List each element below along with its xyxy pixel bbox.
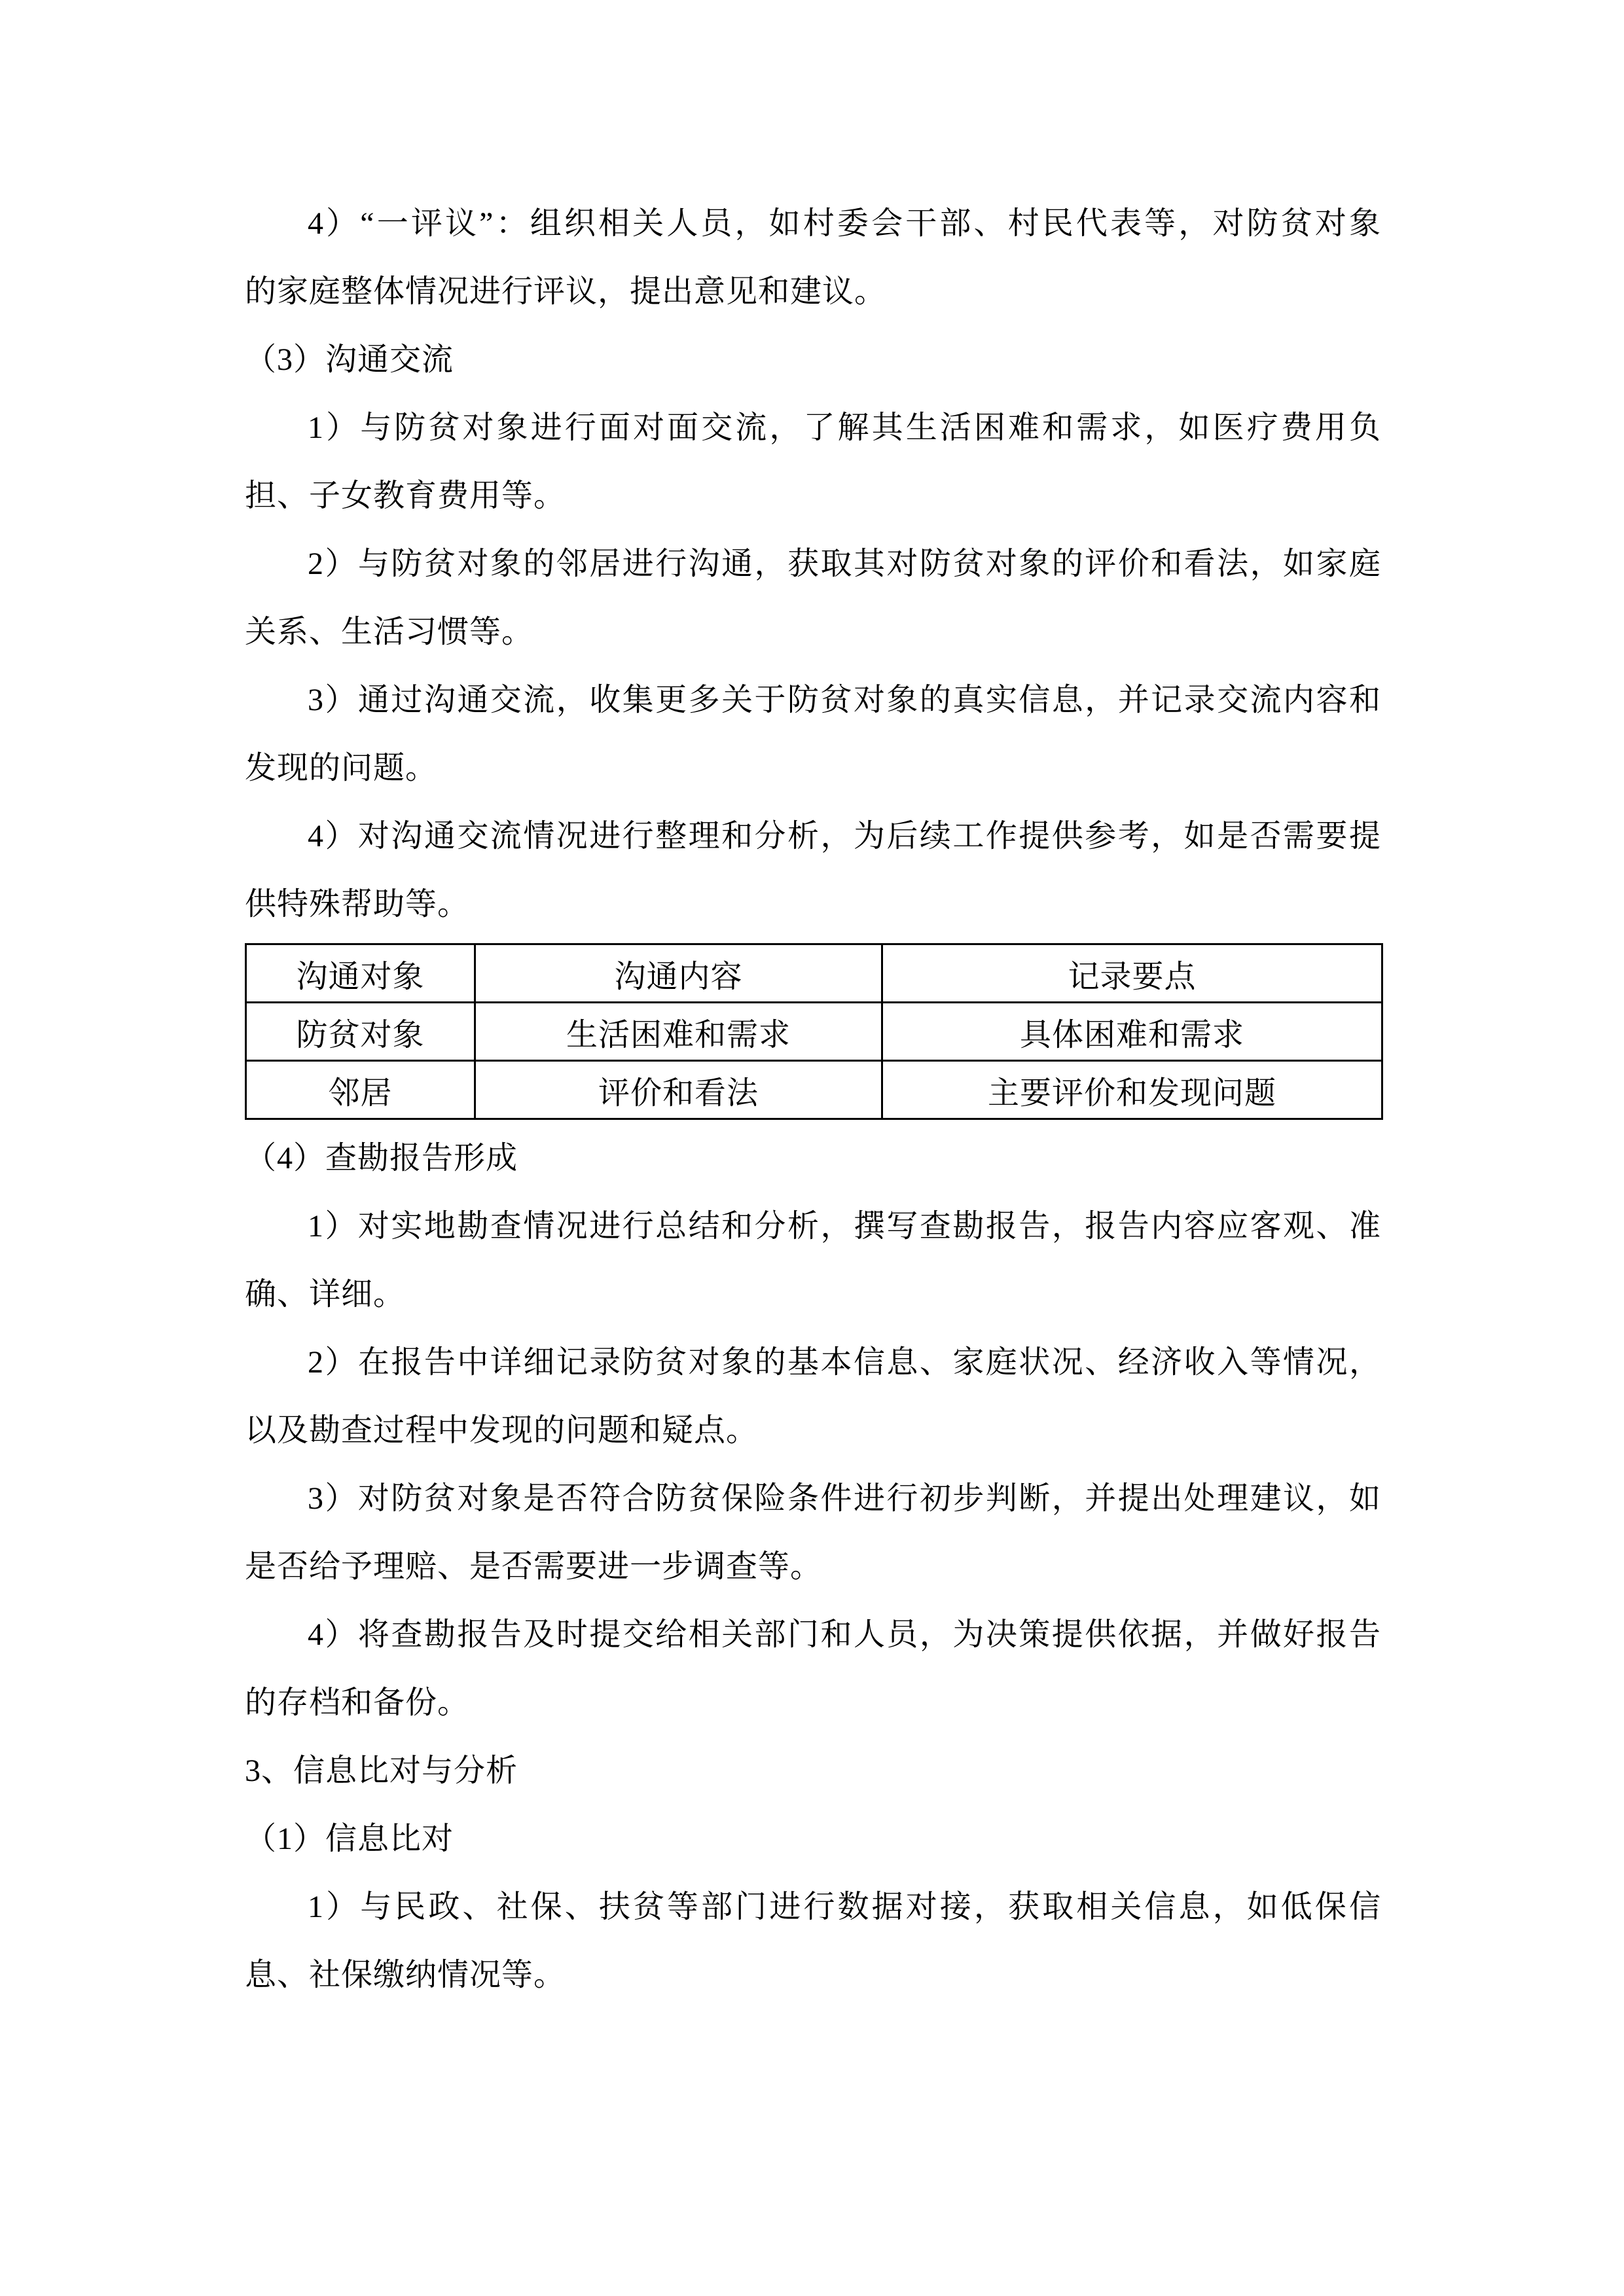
text-line: 供特殊帮助等。 bbox=[245, 870, 1381, 939]
table-cell: 生活困难和需求 bbox=[475, 1003, 882, 1061]
text-line: 2）与防贫对象的邻居进行沟通，获取其对防贫对象的评价和看法，如家庭 bbox=[245, 530, 1381, 598]
section-heading: 3、信息比对与分析 bbox=[245, 1737, 1381, 1805]
text-line: 3）通过沟通交流，收集更多关于防贫对象的真实信息，并记录交流内容和 bbox=[245, 666, 1381, 734]
text-line: 确、详细。 bbox=[245, 1261, 1381, 1329]
text-line: 1）与民政、社保、扶贫等部门进行数据对接，获取相关信息，如低保信 bbox=[245, 1873, 1381, 1941]
text-line: 1）与防贫对象进行面对面交流，了解其生活困难和需求，如医疗费用负 bbox=[245, 394, 1381, 462]
text-line: 1）对实地勘查情况进行总结和分析，撰写查勘报告，报告内容应客观、准 bbox=[245, 1193, 1381, 1261]
text-line: 4）“一评议”：组织相关人员，如村委会干部、村民代表等，对防贫对象 bbox=[245, 190, 1381, 258]
section-heading: （1）信息比对 bbox=[245, 1805, 1381, 1873]
document-page: 4）“一评议”：组织相关人员，如村委会干部、村民代表等，对防贫对象 的家庭整体情… bbox=[0, 0, 1624, 2296]
text-line: 发现的问题。 bbox=[245, 734, 1381, 802]
table-header-cell: 沟通内容 bbox=[475, 944, 882, 1003]
text-line: 担、子女教育费用等。 bbox=[245, 462, 1381, 530]
communication-table: 沟通对象 沟通内容 记录要点 防贫对象 生活困难和需求 具体困难和需求 邻居 评… bbox=[245, 943, 1383, 1120]
text-line: 4）将查勘报告及时提交给相关部门和人员，为决策提供依据，并做好报告 bbox=[245, 1601, 1381, 1669]
table-cell: 邻居 bbox=[246, 1061, 475, 1119]
table-header-cell: 记录要点 bbox=[882, 944, 1382, 1003]
table-row: 邻居 评价和看法 主要评价和发现问题 bbox=[246, 1061, 1382, 1119]
text-line: 3）对防贫对象是否符合防贫保险条件进行初步判断，并提出处理建议，如 bbox=[245, 1465, 1381, 1533]
text-line: 息、社保缴纳情况等。 bbox=[245, 1941, 1381, 2009]
table-cell: 防贫对象 bbox=[246, 1003, 475, 1061]
table-cell: 评价和看法 bbox=[475, 1061, 882, 1119]
table-cell: 主要评价和发现问题 bbox=[882, 1061, 1382, 1119]
section-heading: （3）沟通交流 bbox=[245, 326, 1381, 394]
table-header-cell: 沟通对象 bbox=[246, 944, 475, 1003]
text-line: 4）对沟通交流情况进行整理和分析，为后续工作提供参考，如是否需要提 bbox=[245, 802, 1381, 870]
text-line: 是否给予理赔、是否需要进一步调查等。 bbox=[245, 1533, 1381, 1601]
document-body: 4）“一评议”：组织相关人员，如村委会干部、村民代表等，对防贫对象 的家庭整体情… bbox=[245, 190, 1381, 2009]
text-line: 的家庭整体情况进行评议，提出意见和建议。 bbox=[245, 258, 1381, 326]
table-cell: 具体困难和需求 bbox=[882, 1003, 1382, 1061]
section-heading: （4）查勘报告形成 bbox=[245, 1124, 1381, 1193]
table-header-row: 沟通对象 沟通内容 记录要点 bbox=[246, 944, 1382, 1003]
text-line: 的存档和备份。 bbox=[245, 1669, 1381, 1737]
text-line: 以及勘查过程中发现的问题和疑点。 bbox=[245, 1397, 1381, 1465]
text-line: 关系、生活习惯等。 bbox=[245, 598, 1381, 666]
text-line: 2）在报告中详细记录防贫对象的基本信息、家庭状况、经济收入等情况， bbox=[245, 1329, 1381, 1397]
table-row: 防贫对象 生活困难和需求 具体困难和需求 bbox=[246, 1003, 1382, 1061]
